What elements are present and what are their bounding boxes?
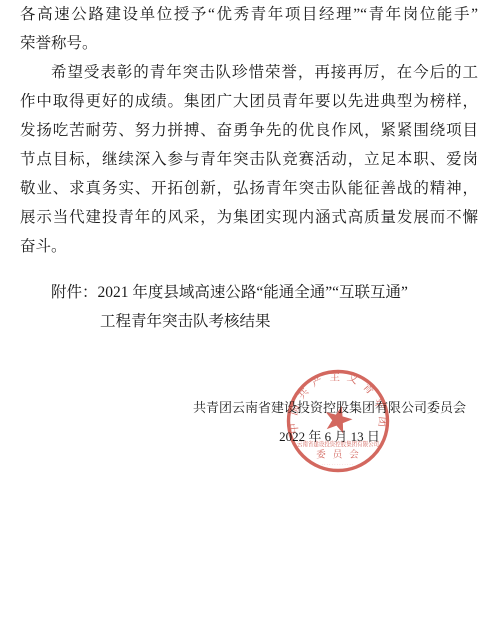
attachment-line: 工程青年突击队考核结果 [20, 307, 478, 336]
document-page: 各高速公路建设单位授予“优秀青年项目经理”“青年岗位能手” 荣誉称号。 希望受表… [0, 0, 497, 627]
attachment-line: 附件：2021 年度县域高速公路“能通全通”“互联互通” [20, 278, 478, 307]
body-text-line: 奋斗。 [20, 232, 478, 261]
letter-body: 各高速公路建设单位授予“优秀青年项目经理”“青年岗位能手” 荣誉称号。 希望受表… [20, 0, 478, 336]
body-text-line: 各高速公路建设单位授予“优秀青年项目经理”“青年岗位能手” [20, 0, 478, 29]
body-text-line: 敬业、求真务实、开拓创新，弘扬青年突击队能征善战的精神， [20, 174, 478, 203]
seal-code-text: ············· [322, 462, 355, 467]
body-text-line: 展示当代建投青年的风采，为集团实现内涵式高质量发展而不懈 [20, 203, 478, 232]
signature-org: 共青团云南省建设投资控股集团有限公司委员会 [193, 393, 466, 422]
body-text-line: 节点目标，继续深入参与青年突击队竞赛活动，立足本职、爱岗 [20, 145, 478, 174]
signature-date: 2022 年 6 月 13 日 [193, 422, 466, 451]
signature-block: 共青团云南省建设投资控股集团有限公司委员会 2022 年 6 月 13 日 [193, 393, 466, 451]
attachment-note: 附件：2021 年度县域高速公路“能通全通”“互联互通” 工程青年突击队考核结果 [20, 278, 478, 336]
body-text-line: 发扬吃苦耐劳、努力拼搏、奋勇争先的优良作风，紧紧围绕项目 [20, 116, 478, 145]
body-text-line: 荣誉称号。 [20, 29, 478, 58]
body-text-line: 希望受表彰的青年突击队珍惜荣誉，再接再厉，在今后的工 [20, 58, 478, 87]
body-text-line: 作中取得更好的成绩。集团广大团员青年要以先进典型为榜样， [20, 87, 478, 116]
